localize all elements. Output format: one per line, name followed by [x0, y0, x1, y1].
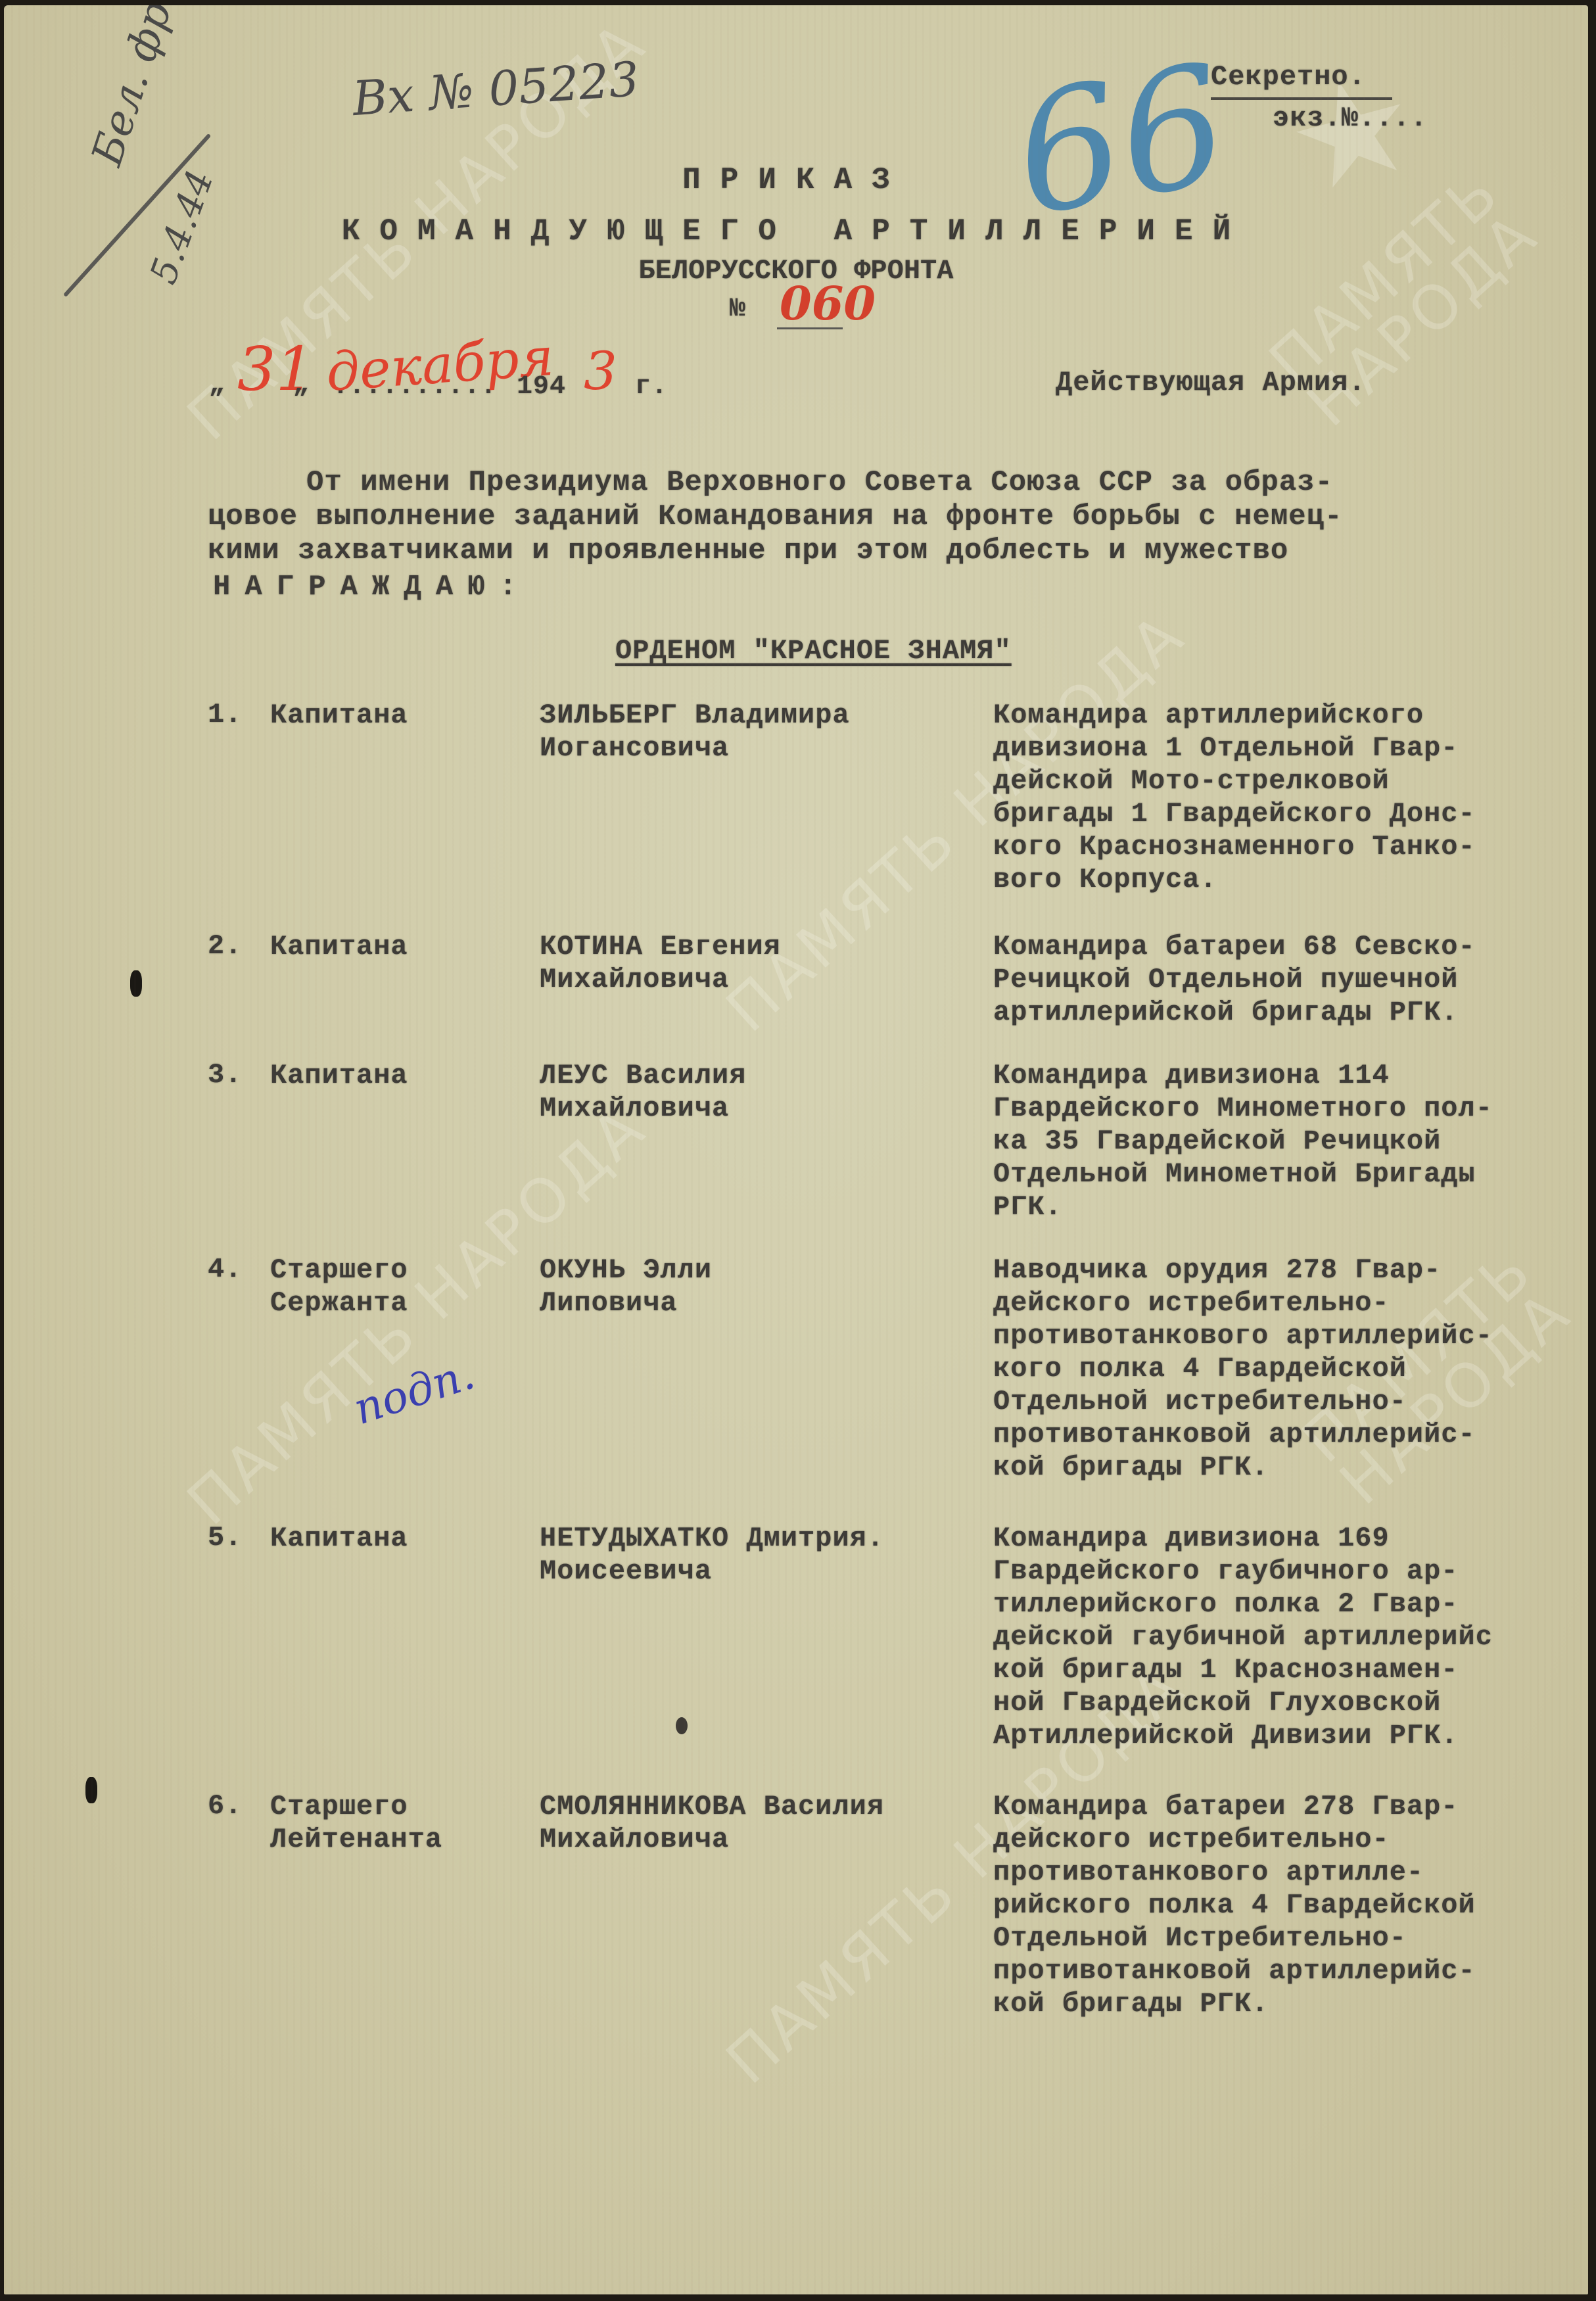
recipient-name: НЕТУДЫХАТКО Дмитрия. Моисеевича: [540, 1522, 993, 1790]
recipient-name: КОТИНА Евгения Михайловича: [540, 930, 993, 1059]
document-page: ★ ПАМЯТЬ НАРОДА ПАМЯТЬ НАРОДА ПАМЯТЬ НАР…: [4, 5, 1588, 2294]
date-year-digit: 3: [584, 341, 617, 402]
recipient-number: 1.: [208, 699, 270, 930]
location: Действующая Армия.: [1056, 367, 1366, 398]
recipient-row: 6. Старшего Лейтенанта СМОЛЯННИКОВА Васи…: [208, 1790, 1575, 2053]
margin-note: Бел. фр: [83, 5, 181, 172]
recipient-row: 3. Капитана ЛЕУС Василия Михайловича Ком…: [208, 1059, 1575, 1254]
recipient-position: Командира дивизиона 114 Гвардейского Мин…: [993, 1059, 1572, 1254]
recipient-name: ЗИЛЬБЕРГ Владимира Иогансовича: [540, 699, 993, 930]
recipient-rank: Капитана: [270, 699, 540, 930]
recipient-name: ЛЕУС Василия Михайловича: [540, 1059, 993, 1254]
recipient-position: Командира артиллерийского дивизиона 1 От…: [993, 699, 1572, 930]
punch-hole: [85, 1777, 97, 1803]
order-number-label: №: [730, 295, 746, 324]
intro-line: цовое выполнение заданий Командования на…: [208, 500, 1490, 534]
date-year-prefix: 194: [517, 372, 566, 402]
title-commander: КОМАНДУЮЩЕГО АРТИЛЛЕРИЕЙ: [4, 214, 1588, 249]
recipient-name: СМОЛЯННИКОВА Василия Михайловича: [540, 1790, 993, 2053]
intro-line: От имени Президиума Верховного Совета Со…: [208, 465, 1490, 500]
recipient-rank: Капитана: [270, 1059, 540, 1254]
recipient-row: 2. Капитана КОТИНА Евгения Михайловича К…: [208, 930, 1575, 1059]
recipient-number: 2.: [208, 930, 270, 1059]
recipient-row: 5. Капитана НЕТУДЫХАТКО Дмитрия. Моисеев…: [208, 1522, 1575, 1790]
recipient-rank: Капитана: [270, 930, 540, 1059]
intro-line: кими захватчиками и проявленные при этом…: [208, 534, 1490, 568]
recipient-name: ОКУНЬ Элли Липовича: [540, 1254, 993, 1522]
recipient-position: Наводчика орудия 278 Гвар- дейского истр…: [993, 1254, 1572, 1522]
registration-number: Вх № 05223: [351, 51, 641, 126]
award-name: ОРДЕНОМ "КРАСНОЕ ЗНАМЯ": [615, 635, 1012, 667]
title-order: ПРИКАЗ: [4, 163, 1588, 197]
recipient-number: 3.: [208, 1059, 270, 1254]
recipient-number: 4.: [208, 1254, 270, 1522]
date-year-suffix: г.: [635, 372, 668, 402]
order-number: 060: [780, 276, 876, 331]
award-verb: НАГРАЖДАЮ:: [213, 571, 531, 604]
date-quote-close: „: [293, 370, 310, 400]
recipient-position: Командира дивизиона 169 Гвардейского гау…: [993, 1522, 1572, 1790]
recipient-row: 1. Капитана ЗИЛЬБЕРГ Владимира Иогансови…: [208, 699, 1575, 930]
recipient-number: 6.: [208, 1790, 270, 2053]
recipient-position: Командира батареи 68 Севско- Речицкой От…: [993, 930, 1572, 1059]
classification-label: Секретно.: [1211, 61, 1366, 93]
punch-hole: [130, 970, 142, 997]
date-quote-open: „: [209, 370, 225, 400]
recipient-position: Командира батареи 278 Гвар- дейского ист…: [993, 1790, 1572, 2053]
ink-dot: [676, 1717, 688, 1734]
classification-underline: [1211, 97, 1392, 100]
intro-paragraph: От имени Президиума Верховного Совета Со…: [208, 465, 1490, 568]
copy-number: экз.№....: [1273, 103, 1428, 134]
recipient-rank: Старшего Лейтенанта: [270, 1790, 540, 2053]
order-number-underline: [777, 327, 843, 329]
recipient-rank: Капитана: [270, 1522, 540, 1790]
recipient-number: 5.: [208, 1522, 270, 1790]
